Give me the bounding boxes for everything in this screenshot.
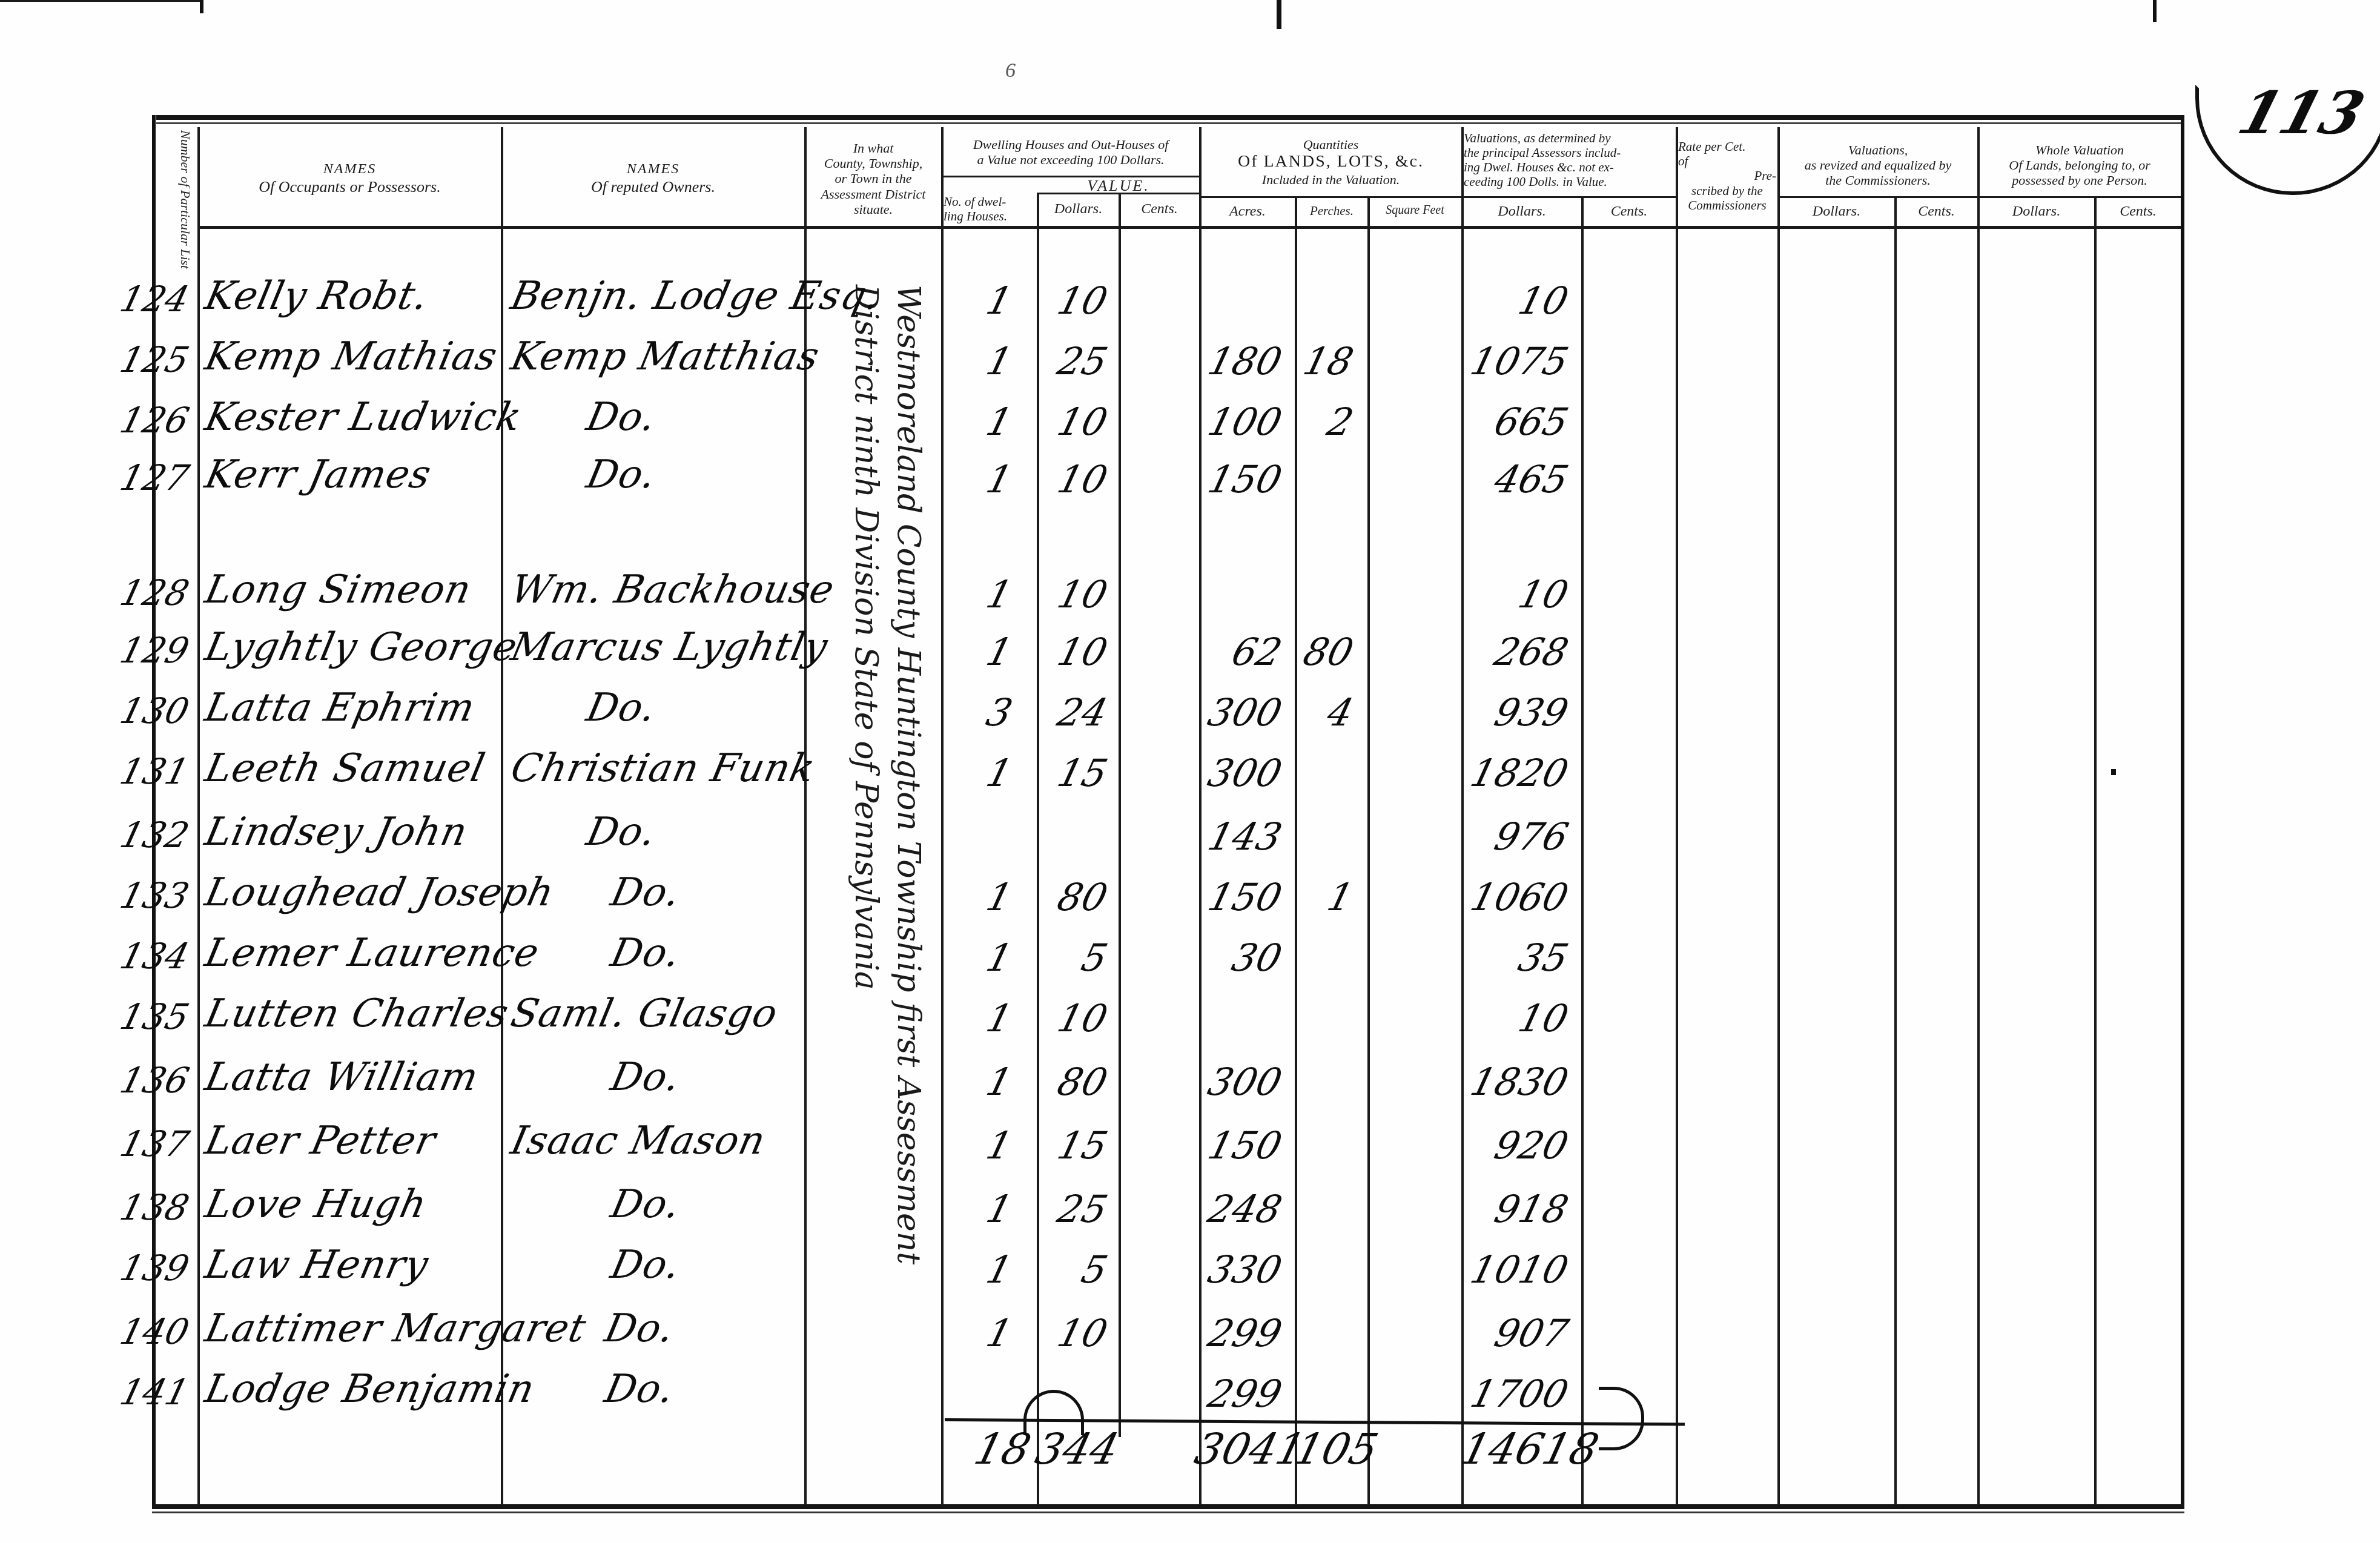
- dwelling-value-dollars: 10: [1031, 996, 1112, 1040]
- quantities-group-rule: [1199, 196, 1461, 198]
- header-no-dwellings-line: No. of dwel-: [944, 194, 1006, 209]
- row-number: 131: [116, 751, 194, 792]
- header-whole-valuation-line: possessed by one Person.: [2012, 173, 2147, 188]
- header-dwelling-group: Dwelling Houses and Out-Houses of a Valu…: [944, 130, 1198, 174]
- header-quantities-group: Quantities Of LANDS, LOTS, &c. Included …: [1202, 130, 1460, 194]
- header-county: In what County, Township, or Town in the…: [807, 130, 940, 227]
- header-valuation-line: ing Dwel. Houses &c. not ex-: [1464, 160, 1614, 174]
- owner-name: Do.: [601, 1367, 678, 1412]
- owner-name: Do.: [583, 395, 660, 440]
- dwellings-count: 1: [939, 630, 1017, 674]
- header-value: VALUE.: [1038, 177, 1199, 195]
- header-dwelling-line: Dwelling Houses and Out-Houses of: [973, 137, 1169, 152]
- dwellings-count: 1: [939, 1123, 1017, 1168]
- dwelling-value-dollars: 5: [1031, 1247, 1112, 1292]
- header-valuation-line: ceeding 100 Dolls. in Value.: [1464, 174, 1607, 189]
- owner-name: Do.: [607, 1055, 684, 1100]
- header-perches: Perches.: [1296, 203, 1367, 219]
- header-owners-subtitle: Of reputed Owners.: [591, 178, 715, 196]
- header-rate-line: scribed by the: [1691, 183, 1763, 198]
- acres: 180: [1194, 339, 1286, 383]
- occupant-name: Kelly Robt.: [201, 274, 432, 319]
- occupant-name: Lemer Laurence: [201, 931, 543, 976]
- total-value: 344: [1031, 1424, 1116, 1474]
- valuation-dollars: 10: [1456, 996, 1573, 1040]
- header-valuation-line: the principal Assessors includ-: [1464, 145, 1621, 160]
- table-bottom-border-inner: [152, 1512, 2184, 1513]
- header-county-line: Assessment District: [821, 187, 926, 202]
- owner-name: Do.: [607, 1243, 684, 1287]
- valuation-dollars: 1075: [1456, 339, 1573, 383]
- occupant-name: Love Hugh: [201, 1182, 431, 1227]
- col-line: [1894, 196, 1897, 1505]
- owner-name: Christian Funk: [507, 746, 819, 791]
- dwelling-value-dollars: 25: [1031, 1187, 1112, 1231]
- owner-name: Saml. Glasgo: [507, 991, 782, 1036]
- valuation-dollars: 907: [1456, 1311, 1573, 1355]
- occupant-name: Leeth Samuel: [201, 746, 489, 791]
- dwellings-count: 1: [939, 1060, 1017, 1104]
- dwellings-count: 1: [939, 936, 1017, 980]
- header-valuation-cents: Cents.: [1582, 203, 1676, 220]
- dwellings-count: 1: [939, 1247, 1017, 1292]
- header-bottom-rule: [197, 226, 2181, 229]
- dwellings-count: 1: [939, 572, 1017, 616]
- header-rate-line: of: [1678, 154, 1688, 168]
- valuation-dollars: 920: [1456, 1123, 1573, 1168]
- dwellings-count: 1: [939, 1187, 1017, 1231]
- dwelling-value-dollars: 25: [1031, 339, 1112, 383]
- row-number: 125: [116, 339, 194, 380]
- header-whole-dollars: Dollars.: [1978, 203, 2094, 220]
- header-dwelling-line: a Value not exceeding 100 Dollars.: [977, 152, 1164, 167]
- row-number: 137: [116, 1123, 194, 1165]
- header-acres: Acres.: [1200, 203, 1295, 220]
- top-mark-text: 6: [1005, 59, 1016, 82]
- header-valuation-dollars: Dollars.: [1463, 203, 1581, 220]
- table-top-border-inner: [156, 122, 2182, 124]
- owner-name: Do.: [607, 870, 684, 915]
- county-text-line: District ninth Division State of Pennsyl…: [845, 285, 887, 1423]
- col-line: [941, 127, 944, 1505]
- dwelling-value-dollars: 5: [1031, 936, 1112, 980]
- occupant-name: Lattimer Margaret: [201, 1306, 590, 1351]
- acres: 30: [1194, 936, 1286, 980]
- header-whole-valuation-line: Of Lands, belonging to, or: [2009, 157, 2150, 173]
- dwellings-count: 1: [939, 339, 1017, 383]
- header-whole-valuation: Whole Valuation Of Lands, belonging to, …: [1980, 136, 2180, 194]
- acres: 150: [1194, 1123, 1286, 1168]
- occupant-name: Kester Ludwick: [201, 395, 526, 440]
- table-top-border: [156, 115, 2182, 120]
- valuation-dollars: 35: [1456, 936, 1573, 980]
- header-valuation-commissioners: Valuations, as revized and equalized by …: [1780, 136, 1976, 194]
- header-quantities-line: Included in the Valuation.: [1262, 172, 1400, 187]
- owner-name: Do.: [607, 1182, 684, 1227]
- header-commissioners-line: the Commissioners.: [1825, 173, 1931, 188]
- header-quantities-line: Of LANDS, LOTS, &c.: [1238, 152, 1424, 171]
- row-number: 135: [116, 996, 194, 1037]
- dwelling-value-dollars: 80: [1031, 875, 1112, 919]
- col-line: [1461, 127, 1464, 1505]
- valuation-dollars: 665: [1456, 400, 1573, 444]
- row-number: 132: [116, 814, 194, 856]
- owner-name: Do.: [607, 931, 684, 976]
- row-number: 138: [116, 1187, 194, 1228]
- total-dwellings: 18: [951, 1424, 1036, 1474]
- row-number: 133: [116, 875, 194, 916]
- col-line: [1676, 127, 1678, 1505]
- col-line: [1199, 127, 1202, 1505]
- dwellings-count: 1: [939, 400, 1017, 444]
- occupant-name: Lyghtly George: [201, 625, 521, 670]
- valuation-dollars: 1820: [1456, 751, 1573, 795]
- col-line: [1295, 196, 1297, 1505]
- header-square-feet: Square Feet: [1369, 203, 1461, 217]
- occupant-name: Kemp Mathias: [201, 334, 501, 379]
- header-occupants-title: NAMES: [323, 161, 376, 178]
- perches: 80: [1289, 630, 1358, 674]
- col-line: [1777, 127, 1780, 1505]
- acres: 299: [1194, 1311, 1286, 1355]
- total-perches: 105: [1290, 1424, 1381, 1474]
- header-county-line: or Town in the: [835, 171, 912, 186]
- row-number: 140: [116, 1311, 194, 1352]
- occupant-name: Law Henry: [201, 1243, 432, 1287]
- table-left-border: [152, 115, 156, 1508]
- header-rate-line: Commissioners: [1688, 198, 1767, 213]
- dwellings-count: 3: [939, 690, 1017, 735]
- header-county-line: County, Township,: [824, 156, 922, 171]
- dwelling-value-dollars: 10: [1031, 630, 1112, 674]
- header-valuation-line: Valuations, as determined by: [1464, 131, 1611, 145]
- valuation-dollars: 1010: [1456, 1247, 1573, 1292]
- header-commissioners-line: Valuations,: [1848, 142, 1908, 157]
- dwellings-count: 1: [939, 1311, 1017, 1355]
- occupant-name: Long Simeon: [201, 567, 475, 612]
- top-mark: [1277, 0, 1281, 29]
- col-line: [1581, 196, 1584, 1505]
- valuation-dollars: 918: [1456, 1187, 1573, 1231]
- header-whole-cents: Cents.: [2095, 203, 2181, 220]
- header-commissioners-dollars: Dollars.: [1779, 203, 1894, 220]
- dwellings-count: 1: [939, 279, 1017, 323]
- owner-name: Isaac Mason: [507, 1118, 770, 1163]
- col-line: [197, 127, 200, 1505]
- dwelling-value-dollars: 10: [1031, 279, 1112, 323]
- header-occupants-subtitle: Of Occupants or Possessors.: [259, 178, 440, 196]
- col-line: [1037, 193, 1039, 1505]
- header-owners-title: NAMES: [627, 161, 679, 178]
- col-line: [1119, 193, 1121, 1437]
- row-number: 130: [116, 690, 194, 732]
- header-occupants: NAMES Of Occupants or Possessors.: [200, 145, 500, 212]
- header-value-cents: Cents.: [1120, 201, 1199, 217]
- acres: 300: [1194, 1060, 1286, 1104]
- header-commissioners-line: as revized and equalized by: [1805, 157, 1951, 173]
- acres: 300: [1194, 690, 1286, 735]
- row-number: 134: [116, 936, 194, 977]
- header-quantities-line: Quantities: [1303, 137, 1359, 152]
- row-number: 136: [116, 1060, 194, 1101]
- header-no-dwellings: No. of dwel- ling Houses.: [944, 193, 1036, 225]
- occupant-name: Lutten Charles: [201, 991, 512, 1036]
- county-text-line: Westmoreland County Huntington Township …: [887, 285, 930, 1423]
- occupant-name: Latta William: [201, 1055, 483, 1100]
- col-line: [1367, 196, 1370, 1505]
- owner-name: Marcus Lyghtly: [507, 625, 831, 670]
- dwelling-value-dollars: 80: [1031, 1060, 1112, 1104]
- header-owners: NAMES Of reputed Owners.: [503, 145, 803, 212]
- acres: 330: [1194, 1247, 1286, 1292]
- valuation-dollars: 939: [1456, 690, 1573, 735]
- acres: 150: [1194, 457, 1286, 501]
- top-mark: [200, 0, 203, 13]
- occupant-name: Kerr James: [201, 452, 435, 497]
- dwelling-value-dollars: 15: [1031, 1123, 1112, 1168]
- row-number: 126: [116, 400, 194, 441]
- dwelling-value-dollars: 10: [1031, 457, 1112, 501]
- acres: 299: [1194, 1372, 1286, 1416]
- row-number: 127: [116, 457, 194, 498]
- occupant-name: Lodge Benjamin: [201, 1367, 538, 1412]
- dwelling-value-dollars: 24: [1031, 690, 1112, 735]
- acres: 150: [1194, 875, 1286, 919]
- valuation-dollars: 10: [1456, 572, 1573, 616]
- row-number: 141: [116, 1372, 194, 1413]
- header-number-particular-list: Number of Particular List: [178, 130, 193, 227]
- occupant-name: Loughead Joseph: [201, 870, 558, 915]
- valuation-dollars: 976: [1456, 814, 1573, 859]
- row-number: 128: [116, 572, 194, 613]
- table-bottom-border: [152, 1504, 2184, 1509]
- header-county-line: In what: [853, 140, 894, 156]
- header-no-dwellings-line: ling Houses.: [944, 209, 1007, 223]
- occupant-name: Latta Ephrim: [201, 686, 479, 730]
- row-number: 139: [116, 1247, 194, 1289]
- header-county-line: situate.: [854, 202, 893, 217]
- header-valuation-assessors: Valuations, as determined by the princip…: [1464, 126, 1676, 194]
- owner-name: Do.: [583, 452, 660, 497]
- top-edge-line: [0, 0, 200, 2]
- owner-name: Benjn. Lodge Esq.: [507, 274, 884, 319]
- dwelling-value-dollars: 10: [1031, 572, 1112, 616]
- dwellings-count: 1: [939, 875, 1017, 919]
- owner-name: Wm. Backhouse: [507, 567, 838, 612]
- col-line: [2094, 196, 2097, 1505]
- valuation-dollars: 1830: [1456, 1060, 1573, 1104]
- acres: 62: [1194, 630, 1286, 674]
- dwelling-value-dollars: 15: [1031, 751, 1112, 795]
- dwellings-count: 1: [939, 457, 1017, 501]
- acres: 143: [1194, 814, 1286, 859]
- header-rate-line: Rate per Cet.: [1678, 139, 1745, 154]
- perches: 18: [1289, 339, 1358, 383]
- perches: 2: [1289, 400, 1358, 444]
- owner-name: Do.: [583, 686, 660, 730]
- dwelling-value-dollars: 10: [1031, 1311, 1112, 1355]
- perches: 1: [1289, 875, 1358, 919]
- valuation-dollars: 268: [1456, 630, 1573, 674]
- row-number: 124: [116, 279, 194, 320]
- col-line: [1977, 127, 1980, 1505]
- row-number: 129: [116, 630, 194, 671]
- total-valuation: 14618: [1456, 1424, 1590, 1474]
- acres: 100: [1194, 400, 1286, 444]
- acres: 300: [1194, 751, 1286, 795]
- page-number: 113: [2231, 79, 2372, 147]
- valuation-group-rule: [1461, 196, 1676, 198]
- table-right-border: [2181, 115, 2184, 1508]
- totals-flourish: [1599, 1387, 1644, 1450]
- header-whole-valuation-line: Whole Valuation: [2035, 142, 2124, 157]
- header-commissioners-cents: Cents.: [1896, 203, 1977, 220]
- dwellings-count: 1: [939, 996, 1017, 1040]
- owner-name: Kemp Matthias: [507, 334, 824, 379]
- header-value-dollars: Dollars.: [1038, 201, 1119, 217]
- owner-name: Do.: [583, 810, 660, 854]
- county-township-text: Westmoreland County Huntington Township …: [839, 285, 930, 1423]
- header-rate: Rate per Cet. of Pre- scribed by the Com…: [1678, 126, 1776, 226]
- owner-name: Do.: [601, 1306, 678, 1351]
- census-page: 6 113 Number of Particular List NAMES Of…: [0, 0, 2380, 1543]
- perches: 4: [1289, 690, 1358, 735]
- dwellings-count: 1: [939, 751, 1017, 795]
- occupant-name: Lindsey John: [201, 810, 472, 854]
- header-rate-line: Pre-: [1754, 168, 1776, 183]
- ink-dot: [2111, 769, 2116, 775]
- acres: 248: [1194, 1187, 1286, 1231]
- valuation-dollars: 465: [1456, 457, 1573, 501]
- valuation-dollars: 10: [1456, 279, 1573, 323]
- valuation-dollars: 1700: [1456, 1372, 1573, 1416]
- top-mark: [2153, 0, 2157, 22]
- valuation-dollars: 1060: [1456, 875, 1573, 919]
- total-acres: 3041: [1190, 1424, 1293, 1474]
- occupant-name: Laer Petter: [201, 1118, 440, 1163]
- dwelling-value-dollars: 10: [1031, 400, 1112, 444]
